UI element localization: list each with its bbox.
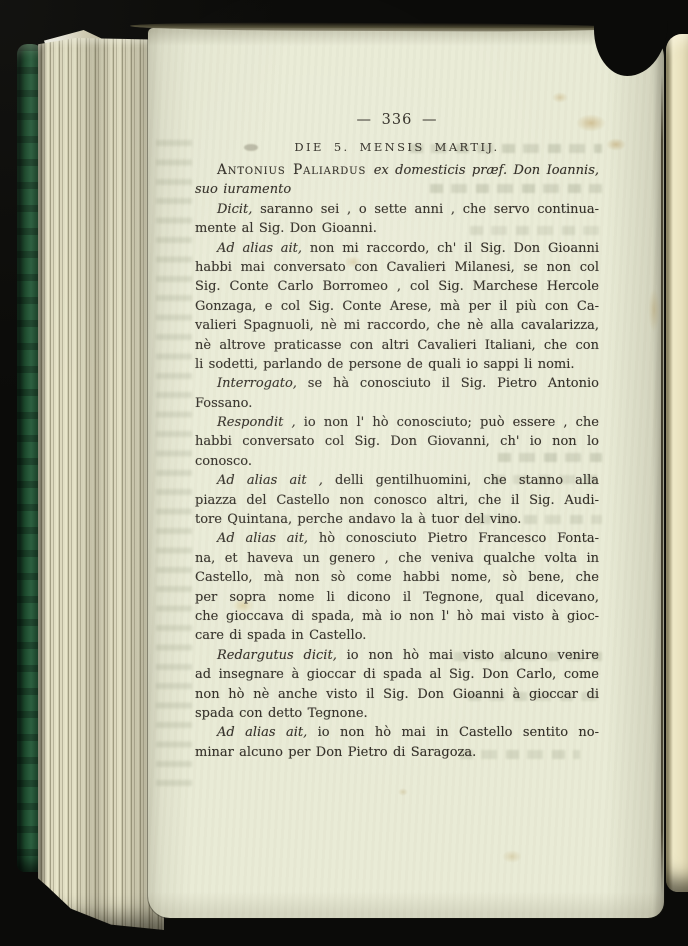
body-text: Fossano. — [195, 396, 252, 411]
book-page: — 336 — DIE 5. MENSIS MARTIJ. Antonius P… — [148, 28, 664, 918]
text-line: Ad alias ait, non mi raccordo, ch' il Si… — [195, 239, 599, 258]
text-line: habbi conversato col Sig. Don Giovanni, … — [195, 432, 599, 451]
italic-text: Respondit , — [217, 415, 296, 430]
facing-page-edge — [666, 34, 688, 892]
paragraph: Ad alias ait , delli gentilhuomini, che … — [195, 471, 599, 529]
body-text: se hà conosciuto il Sig. Pietro Antonio — [297, 376, 599, 391]
page-number: — 336 — — [195, 112, 599, 130]
body-text: piazza del Castello non conosco altri, c… — [195, 493, 599, 508]
body-text: minar alcuno per Don Pietro di Saragoza. — [195, 745, 476, 760]
italic-text: Ad alias ait , — [217, 473, 323, 488]
text-line: Gonzaga, e col Sig. Conte Arese, mà per … — [195, 297, 599, 316]
paragraph: Respondit , io non l' hò conosciuto; può… — [195, 413, 599, 471]
body-text: delli gentilhuomini, che stanno alla — [323, 473, 599, 488]
body-text: hò conosciuto Pietro Francesco Fonta- — [308, 531, 599, 546]
body-text: non hò nè anche visto il Sig. Don Gioann… — [195, 687, 599, 702]
italic-text: ex domesticis præf. Don Ioannis, — [374, 163, 599, 178]
paragraph: Ad alias ait, hò conosciuto Pietro Franc… — [195, 529, 599, 645]
body-text: per sopra nome li dicono il Tegnone, qua… — [195, 590, 599, 605]
body-text: non mi raccordo, ch' il Sig. Don Gioanni — [302, 241, 599, 256]
text-line: valieri Spagnuoli, nè mi raccordo, che n… — [195, 316, 599, 335]
body-text: Gonzaga, e col Sig. Conte Arese, mà per … — [195, 299, 599, 314]
section-heading: DIE 5. MENSIS MARTIJ. — [195, 140, 599, 154]
body-text: io non l' hò conosciuto; può essere , ch… — [296, 415, 599, 430]
text-line: Fossano. — [195, 394, 599, 413]
smallcaps-name: Antonius Paliardus — [217, 162, 374, 178]
body-text: na, et haveva un genero , che veniva qua… — [195, 551, 599, 566]
text-line: che gioccava di spada, mà io non l' hò m… — [195, 607, 599, 626]
italic-text: Ad alias ait, — [217, 241, 302, 256]
body-text: li sodetti, parlando de persone de quali… — [195, 357, 575, 372]
text-line: conosco. — [195, 452, 599, 471]
body-text: nè altrove praticasse con altri Cavalier… — [195, 338, 599, 353]
text-line: Castello, mà non sò come habbi nome, sò … — [195, 568, 599, 587]
text-line: Ad alias ait, io non hò mai in Castello … — [195, 723, 599, 742]
text-column: — 336 — DIE 5. MENSIS MARTIJ. Antonius P… — [195, 112, 599, 762]
body-text-block: Antonius Paliardus ex domesticis præf. D… — [195, 161, 599, 762]
paragraph: Interrogato, se hà conosciuto il Sig. Pi… — [195, 374, 599, 413]
paragraph: Ad alias ait, io non hò mai in Castello … — [195, 723, 599, 762]
body-text: Sig. Conte Carlo Borromeo , col Sig. Mar… — [195, 279, 599, 294]
bleedthrough-left-margin — [156, 140, 192, 790]
italic-text: suo iuramento — [195, 182, 291, 197]
body-text: che gioccava di spada, mà io non l' hò m… — [195, 609, 599, 624]
text-line: na, et haveva un genero , che veniva qua… — [195, 549, 599, 568]
text-line: Interrogato, se hà conosciuto il Sig. Pi… — [195, 374, 599, 393]
text-line: Ad alias ait , delli gentilhuomini, che … — [195, 471, 599, 490]
text-line: Ad alias ait, hò conosciuto Pietro Franc… — [195, 529, 599, 548]
body-text: habbi conversato col Sig. Don Giovanni, … — [195, 434, 599, 449]
text-line: habbi mai conversato con Cavalieri Milan… — [195, 258, 599, 277]
book-scan-photo: — 336 — DIE 5. MENSIS MARTIJ. Antonius P… — [0, 0, 688, 946]
text-line: piazza del Castello non conosco altri, c… — [195, 491, 599, 510]
text-line: Dicit, saranno sei , o sette anni , che … — [195, 200, 599, 219]
text-line: minar alcuno per Don Pietro di Saragoza. — [195, 743, 599, 762]
body-text: care di spada in Castello. — [195, 628, 366, 643]
text-line: per sopra nome li dicono il Tegnone, qua… — [195, 588, 599, 607]
foxing-spot — [606, 138, 626, 151]
text-line: li sodetti, parlando de persone de quali… — [195, 355, 599, 374]
italic-text: Dicit, — [217, 202, 252, 217]
body-text: ad insegnare à gioccar di spada al Sig. … — [195, 667, 599, 682]
body-text: mente al Sig. Don Gioanni. — [195, 221, 377, 236]
foxing-spot — [648, 288, 660, 332]
italic-text: Redargutus dicit, — [217, 648, 337, 663]
italic-text: Ad alias ait, — [217, 531, 308, 546]
text-line: nè altrove praticasse con altri Cavalier… — [195, 336, 599, 355]
italic-text: Interrogato, — [217, 376, 297, 391]
text-line: spada con detto Tegnone. — [195, 704, 599, 723]
body-text: Castello, mà non sò come habbi nome, sò … — [195, 570, 599, 585]
text-line: Redargutus dicit, io non hò mai visto al… — [195, 646, 599, 665]
page-stack-edge — [38, 38, 164, 930]
text-line: tore Quintana, perche andavo la à tuor d… — [195, 510, 599, 529]
text-line: Antonius Paliardus ex domesticis præf. D… — [195, 161, 599, 180]
body-text: tore Quintana, perche andavo la à tuor d… — [195, 512, 521, 527]
text-line: care di spada in Castello. — [195, 626, 599, 645]
body-text: io non hò mai in Castello sentito no- — [307, 725, 599, 740]
paragraph: Ad alias ait, non mi raccordo, ch' il Si… — [195, 239, 599, 375]
text-line: suo iuramento — [195, 180, 599, 199]
text-line: Sig. Conte Carlo Borromeo , col Sig. Mar… — [195, 277, 599, 296]
body-text: habbi mai conversato con Cavalieri Milan… — [195, 260, 599, 275]
text-line: non hò nè anche visto il Sig. Don Gioann… — [195, 685, 599, 704]
text-line: mente al Sig. Don Gioanni. — [195, 219, 599, 238]
body-text: valieri Spagnuoli, nè mi raccordo, che n… — [195, 318, 599, 333]
foxing-spot — [552, 92, 568, 103]
body-text: saranno sei , o sette anni , che servo c… — [252, 202, 599, 217]
paragraph: Redargutus dicit, io non hò mai visto al… — [195, 646, 599, 724]
body-text: spada con detto Tegnone. — [195, 706, 368, 721]
body-text: conosco. — [195, 454, 252, 469]
italic-text: Ad alias ait, — [217, 725, 307, 740]
paragraph: Antonius Paliardus ex domesticis præf. D… — [195, 161, 599, 200]
body-text: io non hò mai visto alcuno venire — [337, 648, 599, 663]
paragraph: Dicit, saranno sei , o sette anni , che … — [195, 200, 599, 239]
text-line: ad insegnare à gioccar di spada al Sig. … — [195, 665, 599, 684]
foxing-spot — [502, 850, 522, 863]
text-line: Respondit , io non l' hò conosciuto; può… — [195, 413, 599, 432]
foxing-spot — [398, 788, 408, 796]
